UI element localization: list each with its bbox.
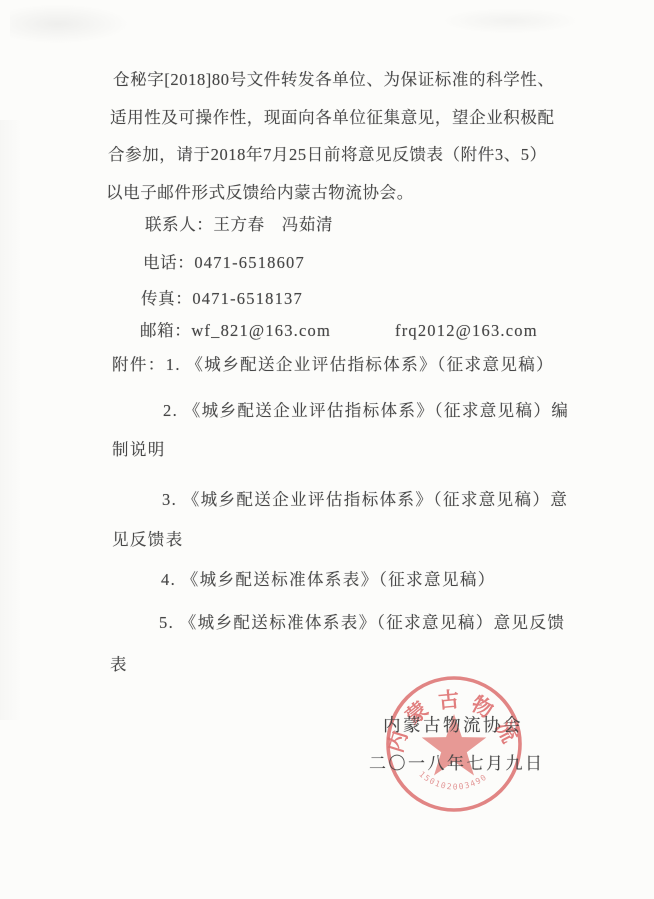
scanned-document-page: 仓秘字[2018]80号文件转发各单位、为保证标准的科学性、 适用性及可操作性，… bbox=[0, 0, 654, 899]
attachment-line-5: 5. 《城乡配送标准体系表》（征求意见稿）意见反馈 bbox=[159, 609, 565, 633]
contact-person-line: 联系人：王方春 冯茹清 bbox=[145, 211, 333, 235]
paragraph-line: 仓秘字[2018]80号文件转发各单位、为保证标准的科学性、 bbox=[113, 66, 555, 90]
attachment-line-3-continuation: 见反馈表 bbox=[112, 526, 184, 550]
attachment-line-1: 附件：1. 《城乡配送企业评估指标体系》（征求意见稿） bbox=[112, 351, 554, 375]
attachment-line-5-continuation: 表 bbox=[110, 651, 128, 675]
scan-artifact bbox=[440, 8, 580, 34]
attachment-line-2-continuation: 制说明 bbox=[112, 436, 166, 460]
signature-organization: 内蒙古物流协会 bbox=[383, 712, 523, 737]
paragraph-line: 合参加，请于2018年7月25日前将意见反馈表（附件3、5） bbox=[108, 141, 547, 165]
phone-line: 电话：0471-6518607 bbox=[143, 249, 305, 273]
phone-value: 0471-6518607 bbox=[194, 253, 305, 272]
phone-label: 电话： bbox=[143, 253, 194, 272]
fax-label: 传真： bbox=[141, 289, 192, 308]
scan-artifact bbox=[0, 120, 22, 720]
fax-value: 0471-6518137 bbox=[192, 289, 303, 308]
official-seal-stamp: 内蒙古物流协会 150102003490 bbox=[378, 666, 534, 822]
scan-artifact bbox=[10, 4, 130, 44]
contact-person-label: 联系人： bbox=[145, 215, 213, 234]
email-address-2: frq2012@163.com bbox=[395, 321, 538, 340]
email-address-1: wf_821@163.com bbox=[191, 321, 331, 340]
paragraph-line: 适用性及可操作性，现面向各单位征集意见，望企业积极配 bbox=[110, 104, 555, 128]
paragraph-line: 以电子邮件形式反馈给内蒙古物流协会。 bbox=[106, 179, 414, 203]
signature-date: 二〇一八年七月九日 bbox=[369, 749, 545, 774]
fax-line: 传真：0471-6518137 bbox=[141, 285, 303, 309]
contact-person-value: 王方春 冯茹清 bbox=[213, 215, 333, 234]
attachment-line-2: 2. 《城乡配送企业评估指标体系》（征求意见稿）编 bbox=[163, 397, 569, 421]
email-label: 邮箱： bbox=[140, 321, 191, 340]
attachment-line-4: 4. 《城乡配送标准体系表》（征求意见稿） bbox=[161, 566, 496, 590]
attachment-line-3: 3. 《城乡配送企业评估指标体系》（征求意见稿）意 bbox=[162, 486, 568, 510]
email-line: 邮箱：wf_821@163.comfrq2012@163.com bbox=[140, 317, 538, 341]
